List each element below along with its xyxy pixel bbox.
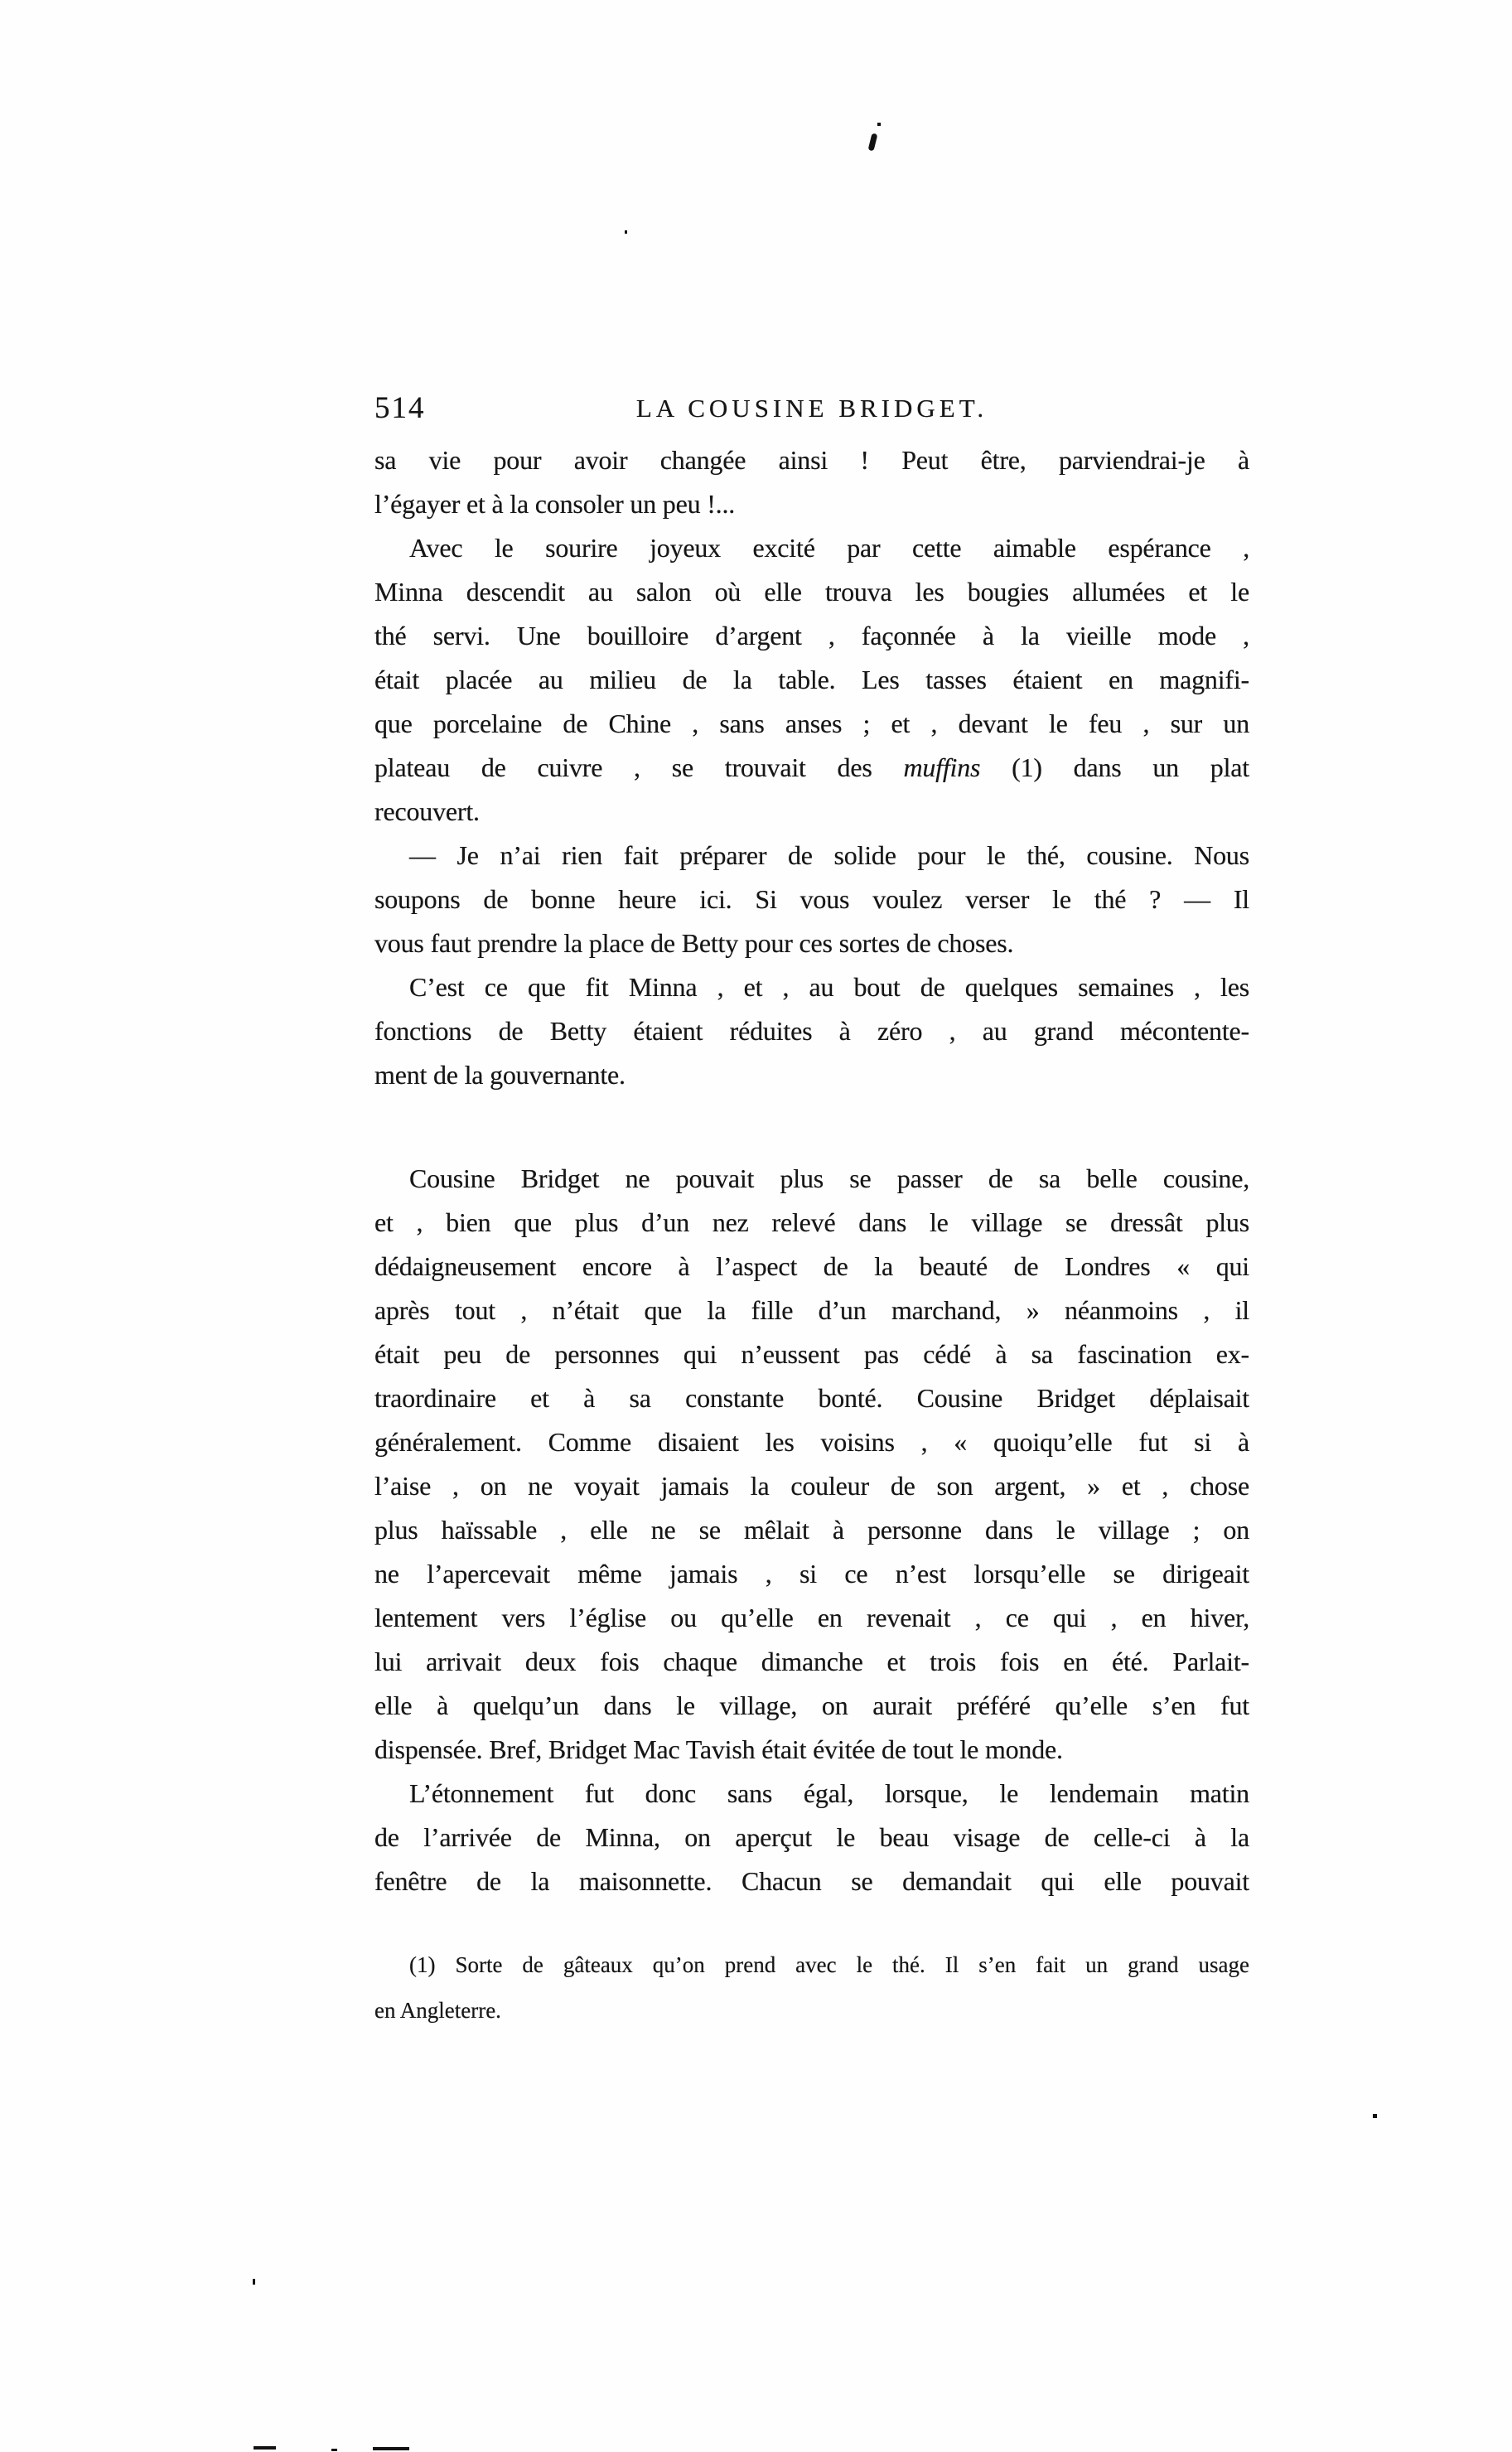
paragraph: C’est ce que fit Minna , et , au bout de… [374,965,1249,1097]
text-line: après tout , n’était que la fille d’un m… [374,1289,1249,1332]
paragraph: Avec le sourire joyeux excité par cette … [374,526,1249,834]
text-line: était peu de personnes qui n’eussent pas… [374,1332,1249,1376]
text-line: lui arrivait deux fois chaque dimanche e… [374,1640,1249,1684]
text-line: dispensée. Bref, Bridget Mac Tavish étai… [374,1728,1249,1772]
text-line: soupons de bonne heure ici. Si vous voul… [374,878,1249,921]
text-line: généralement. Comme disaient les voisins… [374,1420,1249,1464]
text-line: lentement vers l’église ou qu’elle en re… [374,1596,1249,1640]
text-line: recouvert. [374,790,1249,834]
text-line: traordinaire et à sa constante bonté. Co… [374,1376,1249,1420]
text-line: fenêtre de la maisonnette. Chacun se dem… [374,1860,1249,1903]
text-line: ment de la gouvernante. [374,1053,1249,1097]
text-line: Avec le sourire joyeux excité par cette … [374,526,1249,570]
paragraph: — Je n’ai rien fait préparer de solide p… [374,834,1249,965]
text-line: que porcelaine de Chine , sans anses ; e… [374,702,1249,746]
paragraph: sa vie pour avoir changée ainsi ! Peut ê… [374,438,1249,526]
text-line: et , bien que plus d’un nez relevé dans … [374,1201,1249,1245]
text-line: sa vie pour avoir changée ainsi ! Peut ê… [374,438,1249,482]
paragraph: (1) Sorte de gâteaux qu’on prend avec le… [374,1942,1249,2034]
text-line: l’égayer et à la consoler un peu !... [374,482,1249,526]
paragraph: Cousine Bridget ne pouvait plus se passe… [374,1157,1249,1772]
text-line: plus haïssable , elle ne se mêlait à per… [374,1508,1249,1552]
text-line: — Je n’ai rien fait préparer de solide p… [374,834,1249,878]
ink-mark [373,2447,409,2450]
text-line: Cousine Bridget ne pouvait plus se passe… [374,1157,1249,1201]
text-line: plateau de cuivre , se trouvait des muff… [374,746,1249,790]
text-line: (1) Sorte de gâteaux qu’on prend avec le… [374,1942,1249,1988]
text-block: sa vie pour avoir changée ainsi ! Peut ê… [374,438,1249,1903]
text-line: l’aise , on ne voyait jamais la couleur … [374,1464,1249,1508]
ink-mark [877,123,881,126]
text-line: ne l’apercevait même jamais , si ce n’es… [374,1552,1249,1596]
text-line: dédaigneusement encore à l’aspect de la … [374,1245,1249,1289]
text-line: fonctions de Betty étaient réduites à zé… [374,1009,1249,1053]
ink-mark [331,2449,337,2451]
text-line: Minna descendit au salon où elle trouva … [374,570,1249,614]
text-line: C’est ce que fit Minna , et , au bout de… [374,965,1249,1009]
text-line: vous faut prendre la place de Betty pour… [374,921,1249,965]
ink-mark [1373,2114,1377,2118]
text-line: était placée au milieu de la table. Les … [374,658,1249,702]
text-line: en Angleterre. [374,1988,1249,2034]
text-line: thé servi. Une bouilloire d’argent , faç… [374,614,1249,658]
ink-mark [254,2446,276,2450]
paragraph: L’étonnement fut donc sans égal, lorsque… [374,1772,1249,1903]
ink-mark [868,133,878,151]
text-line: L’étonnement fut donc sans égal, lorsque… [374,1772,1249,1816]
footnote: (1) Sorte de gâteaux qu’on prend avec le… [374,1942,1249,2034]
text-line: de l’arrivée de Minna, on aperçut le bea… [374,1816,1249,1860]
ink-mark [253,2279,255,2285]
book-page-scan: 514 LA COUSINE BRIDGET. sa vie pour avoi… [0,0,1512,2452]
page-header: 514 LA COUSINE BRIDGET. [374,390,1249,432]
ink-mark [625,230,627,234]
text-line: elle à quelqu’un dans le village, on aur… [374,1684,1249,1728]
running-title: LA COUSINE BRIDGET. [374,394,1249,423]
